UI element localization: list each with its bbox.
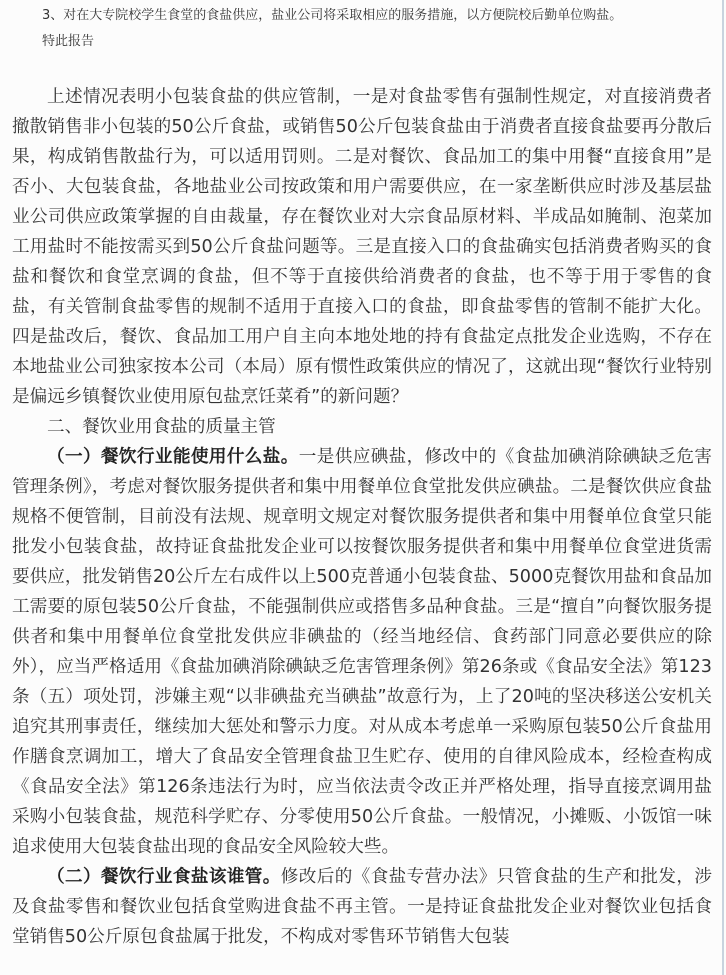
subsection-who-manages: （二）餐饮行业食盐该谁管。修改后的《食盐专营办法》只管食盐的生产和批发，涉及食盐… [12,862,712,952]
article-body: 上述情况表明小包装食盐的供应管制，一是对食盐零售有强制性规定，对直接消费者撤散销… [12,82,712,952]
list-item-3: 3、对在大专院校学生食堂的食盐供应，盐业公司将采取相应的服务措施，以方便院校后勤… [42,3,712,29]
report-closing-section: 3、对在大专院校学生食堂的食盐供应，盐业公司将采取相应的服务措施，以方便院校后勤… [42,3,712,55]
section-heading-quality: 二、餐饮业用食盐的质量主管 [12,412,712,442]
subsection-title-what-salt: （一）餐饮行业能使用什么盐。 [47,446,299,467]
subsection-title-who-manages: （二）餐饮行业食盐该谁管。 [47,866,281,887]
closing-text: 特此报告 [42,29,712,55]
paragraph-supply-control: 上述情况表明小包装食盐的供应管制，一是对食盐零售有强制性规定，对直接消费者撤散销… [12,82,712,412]
subsection-text-what-salt: 一是供应碘盐，修改中的《食盐加碘消除碘缺乏危害管理条例》，考虑对餐饮服务提供者和… [12,447,712,857]
subsection-what-salt: （一）餐饮行业能使用什么盐。一是供应碘盐，修改中的《食盐加碘消除碘缺乏危害管理条… [12,442,712,862]
page-right-border [722,0,724,975]
